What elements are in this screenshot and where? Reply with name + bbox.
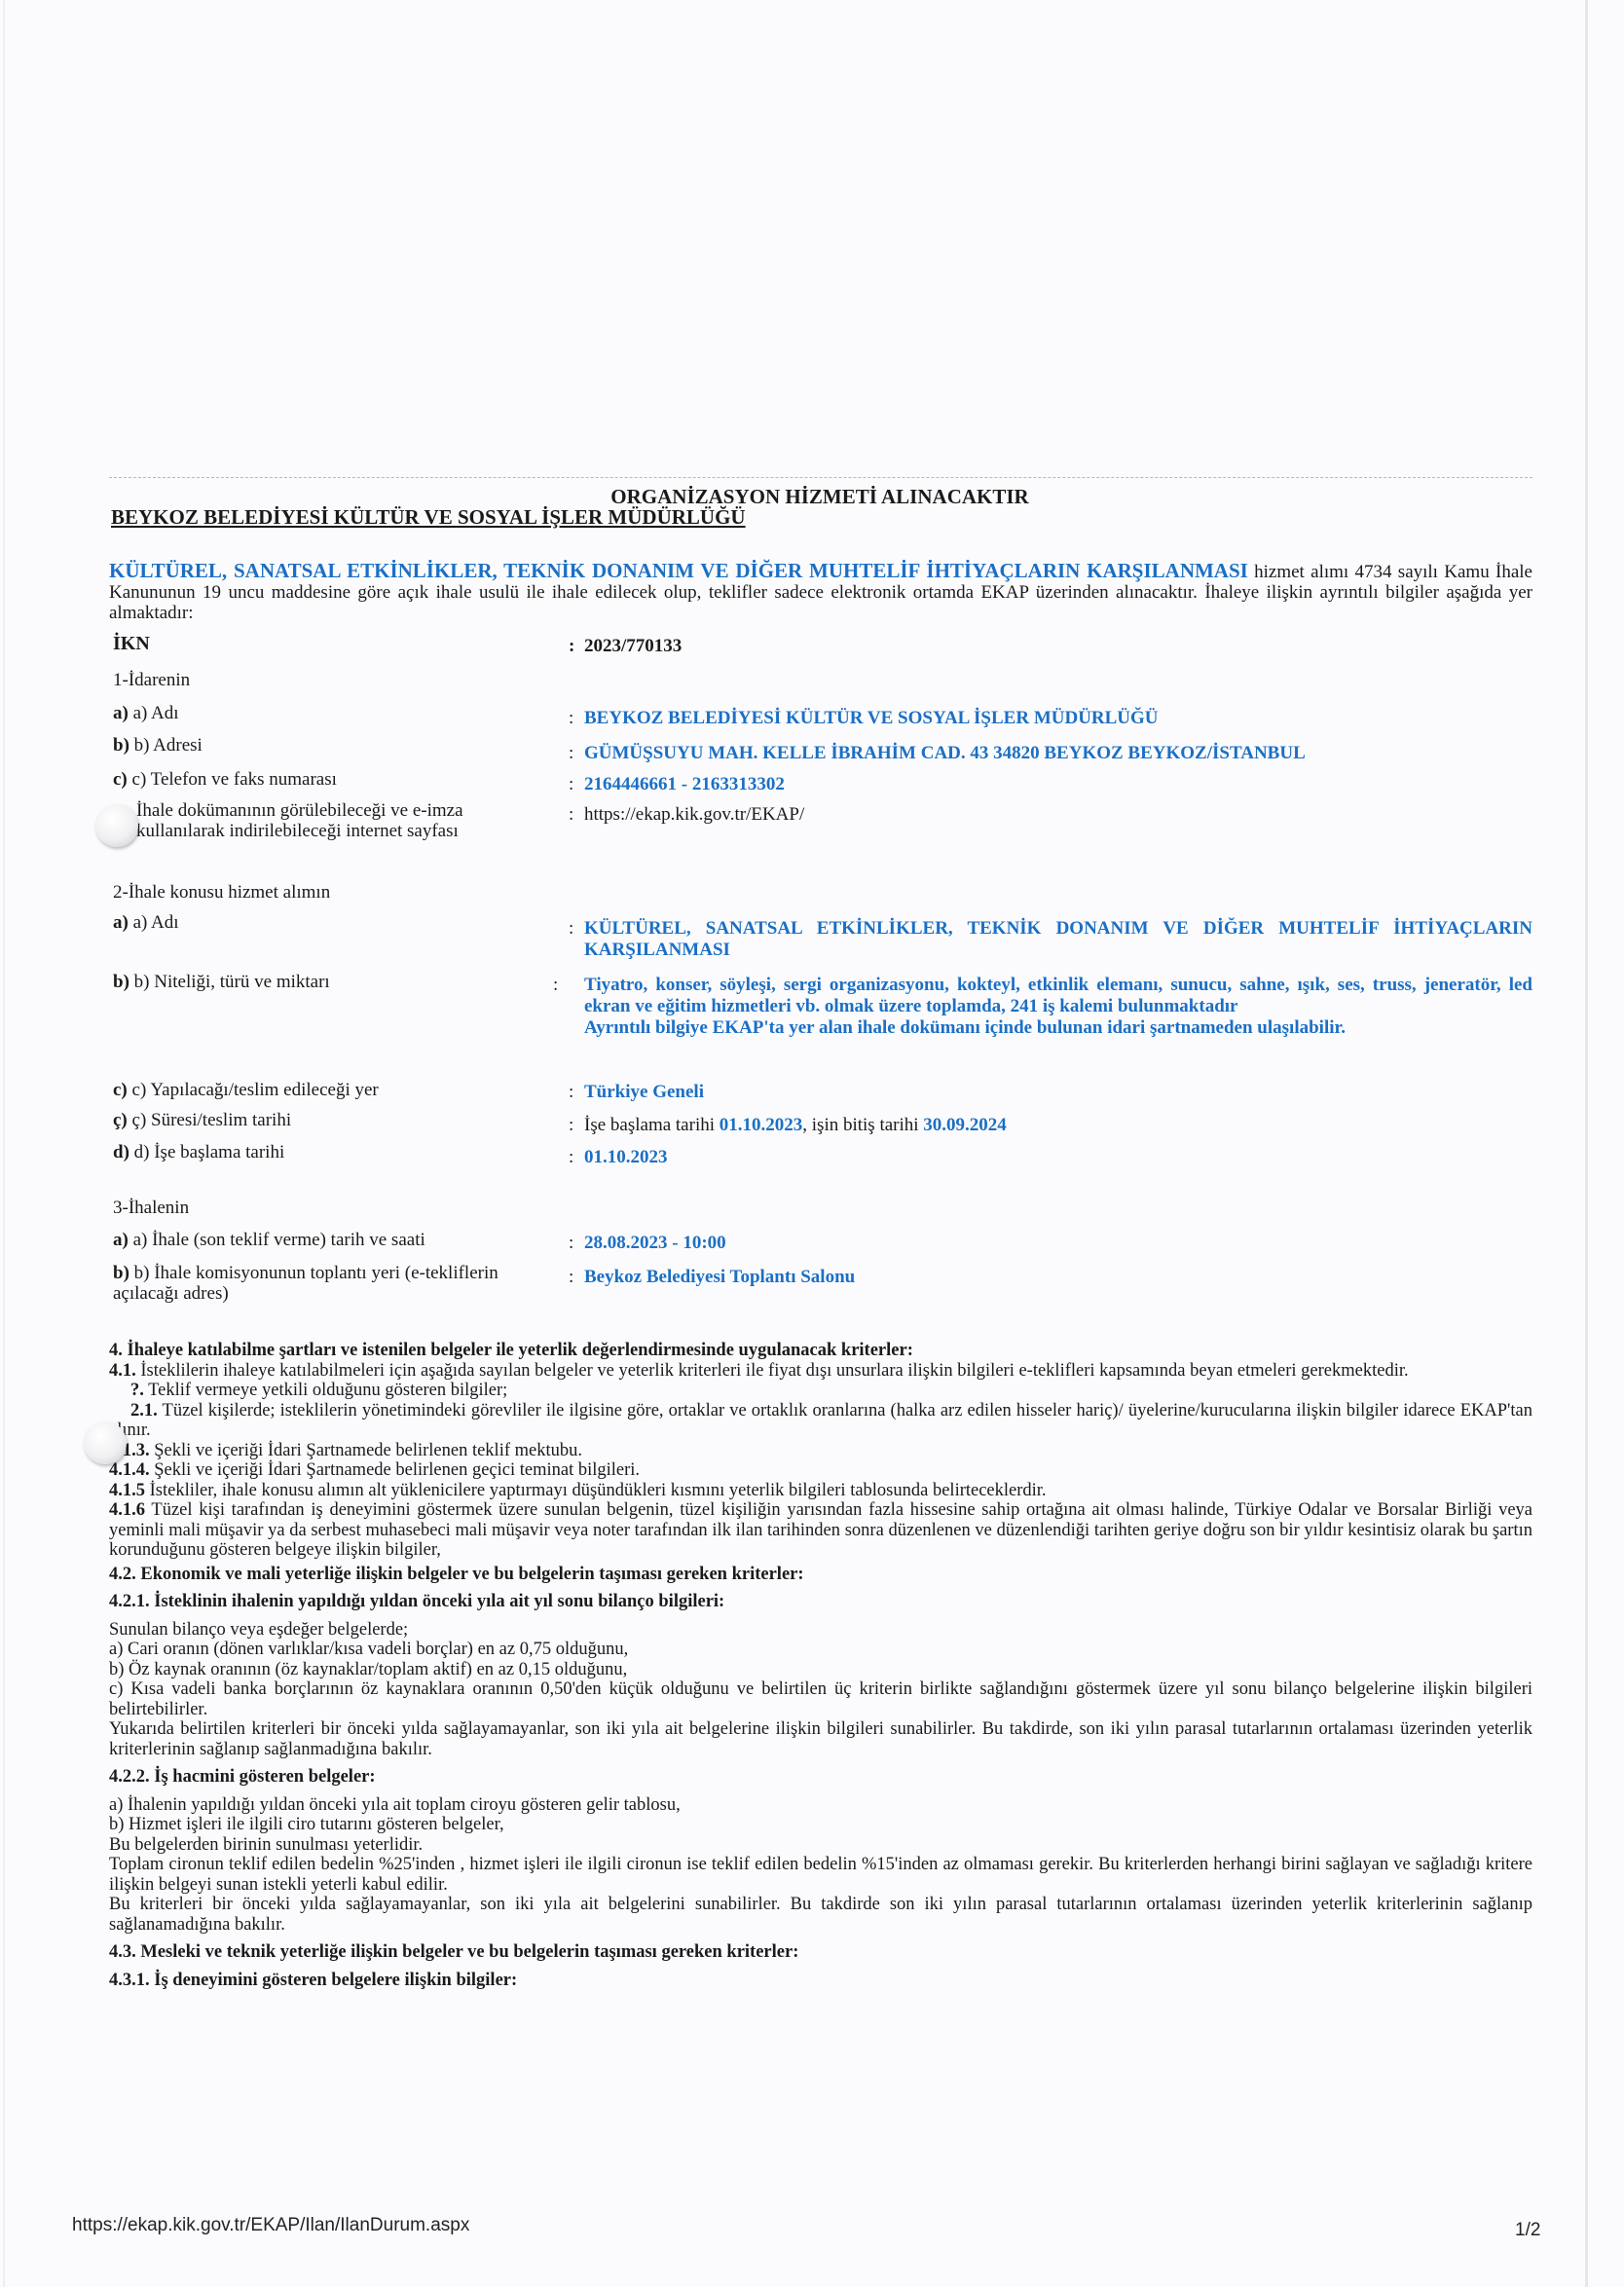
section2-heading: 2-İhale konusu hizmet alımın (113, 882, 330, 903)
start-work-label: d) d) İşe başlama tarihi (113, 1142, 284, 1162)
tender-datetime-value: :28.08.2023 - 10:00 (569, 1233, 1532, 1254)
service-nature-note: Ayrıntılı bilgiye EKAP'ta yer alan ihale… (569, 1017, 1532, 1039)
website-value[interactable]: :https://ekap.kik.gov.tr/EKAP/ (569, 804, 1532, 826)
footer-url: https://ekap.kik.gov.tr/EKAP/Ilan/IlanDu… (72, 2215, 469, 2236)
para-4-2-1-line: a) Cari oranın (dönen varlıklar/kısa vad… (109, 1640, 1532, 1660)
intro-paragraph: KÜLTÜREL, SANATSAL ETKİNLİKLER, TEKNİK D… (109, 561, 1532, 623)
institution-heading: BEYKOZ BELEDİYESİ KÜLTÜR VE SOSYAL İŞLER… (111, 505, 746, 530)
para-4-1-6: 4.1.6 Tüzel kişi tarafından iş deneyimin… (109, 1500, 1532, 1561)
scan-edge-right (1585, 0, 1588, 2287)
para-4-2-2-criteria: Toplam cironun teklif edilen bedelin %25… (109, 1855, 1532, 1895)
section1-heading: 1-İdarenin (113, 670, 190, 690)
heading-4-2: 4.2. Ekonomik ve mali yeterliğe ilişkin … (109, 1565, 1532, 1585)
para-4-1-2-1: 2.1. Tüzel kişilerde; isteklilerin yönet… (109, 1401, 1532, 1441)
para-4-1-5: 4.1.5 İstekliler, ihale konusu alımın al… (109, 1481, 1532, 1501)
cut-line-divider (109, 477, 1532, 478)
admin-phone-label: c) c) Telefon ve faks numarası (113, 769, 337, 790)
delivery-place-value: :Türkiye Geneli (569, 1082, 1532, 1103)
section4-heading: 4. İhaleye katılabilme şartları ve isten… (109, 1341, 1532, 1361)
intro-subject: KÜLTÜREL, SANATSAL ETKİNLİKLER, TEKNİK D… (109, 559, 1248, 582)
service-name-label: a) a) Adı (113, 912, 179, 933)
section3-heading: 3-İhalenin (113, 1198, 189, 1218)
end-date: 30.09.2024 (923, 1115, 1007, 1135)
heading-4-2-2: 4.2.2. İş hacmini gösteren belgeler: (109, 1767, 1532, 1788)
admin-name-label: a) a) Adı (113, 703, 179, 723)
start-date: 01.10.2023 (720, 1115, 803, 1135)
para-4-2-2-line: Bu belgelerden birinin sunulması yeterli… (109, 1835, 1532, 1856)
para-4-2-1-line: b) Öz kaynak oranının (öz kaynaklar/topl… (109, 1660, 1532, 1680)
section4-body: 4. İhaleye katılabilme şartları ve isten… (109, 1341, 1532, 1990)
service-name-value: :KÜLTÜREL, SANATSAL ETKİNLİKLER, TEKNİK … (569, 918, 1532, 961)
tender-datetime-label: a) a) İhale (son teklif verme) tarih ve … (113, 1230, 425, 1250)
venue-label: b) b) İhale komisyonunun toplantı yeri (… (113, 1263, 498, 1304)
service-nature-value: :Tiyatro, konser, söyleşi, sergi organiz… (569, 975, 1532, 1039)
delivery-place-label: c) c) Yapılacağı/teslim edileceği yer (113, 1080, 379, 1100)
para-4-1: 4.1. İsteklilerin ihaleye katılabilmeler… (109, 1361, 1532, 1382)
duration-value: :İşe başlama tarihi 01.10.2023, işin bit… (569, 1115, 1532, 1136)
ikn-label: İKN (113, 634, 150, 654)
scan-edge-left (3, 0, 5, 2287)
para-4-1-4: 4.1.4. Şekli ve içeriği İdari Şartnamede… (109, 1460, 1532, 1481)
para-4-1-2: ?. Teklif vermeye yetkili olduğunu göste… (109, 1381, 1532, 1401)
website-label: İhale dokümanının görülebileceği ve e-im… (136, 800, 463, 841)
para-4-2-1-line: Sunulan bilanço veya eşdeğer belgelerde; (109, 1620, 1532, 1641)
ikn-value: :2023/770133 (569, 636, 1532, 657)
admin-address-value: :GÜMÜŞSUYU MAH. KELLE İBRAHİM CAD. 43 34… (569, 743, 1532, 764)
duration-label: ç) ç) Süresi/teslim tarihi (113, 1110, 291, 1130)
admin-phone-value: :2164446661 - 2163313302 (569, 774, 1532, 795)
punch-hole-mark (84, 1421, 127, 1464)
page-number: 1/2 (1515, 2220, 1540, 2241)
para-4-2-2-line: a) İhalenin yapıldığı yıldan önceki yıla… (109, 1795, 1532, 1816)
admin-address-label: b) b) Adresi (113, 735, 203, 756)
venue-value: :Beykoz Belediyesi Toplantı Salonu (569, 1267, 1532, 1288)
para-4-2-1-note: Yukarıda belirtilen kriterleri bir öncek… (109, 1719, 1532, 1759)
para-4-1-3: 4.1.3. Şekli ve içeriği İdari Şartnamede… (109, 1441, 1532, 1461)
heading-4-3-1: 4.3.1. İş deneyimini gösteren belgelere … (109, 1971, 1532, 1991)
heading-4-3: 4.3. Mesleki ve teknik yeterliğe ilişkin… (109, 1942, 1532, 1963)
punch-hole-mark (95, 804, 138, 847)
para-4-2-2-note: Bu kriterleri bir önceki yılda sağlayama… (109, 1895, 1532, 1935)
heading-4-2-1: 4.2.1. İsteklinin ihalenin yapıldığı yıl… (109, 1592, 1532, 1612)
service-nature-label: b) b) Niteliği, türü ve miktarı (113, 972, 330, 992)
admin-name-value: :BEYKOZ BELEDİYESİ KÜLTÜR VE SOSYAL İŞLE… (569, 708, 1532, 729)
para-4-2-1-c: c) Kısa vadeli banka borçlarının öz kayn… (109, 1679, 1532, 1719)
para-4-2-2-line: b) Hizmet işleri ile ilgili ciro tutarın… (109, 1815, 1532, 1835)
start-work-value: :01.10.2023 (569, 1147, 1532, 1168)
